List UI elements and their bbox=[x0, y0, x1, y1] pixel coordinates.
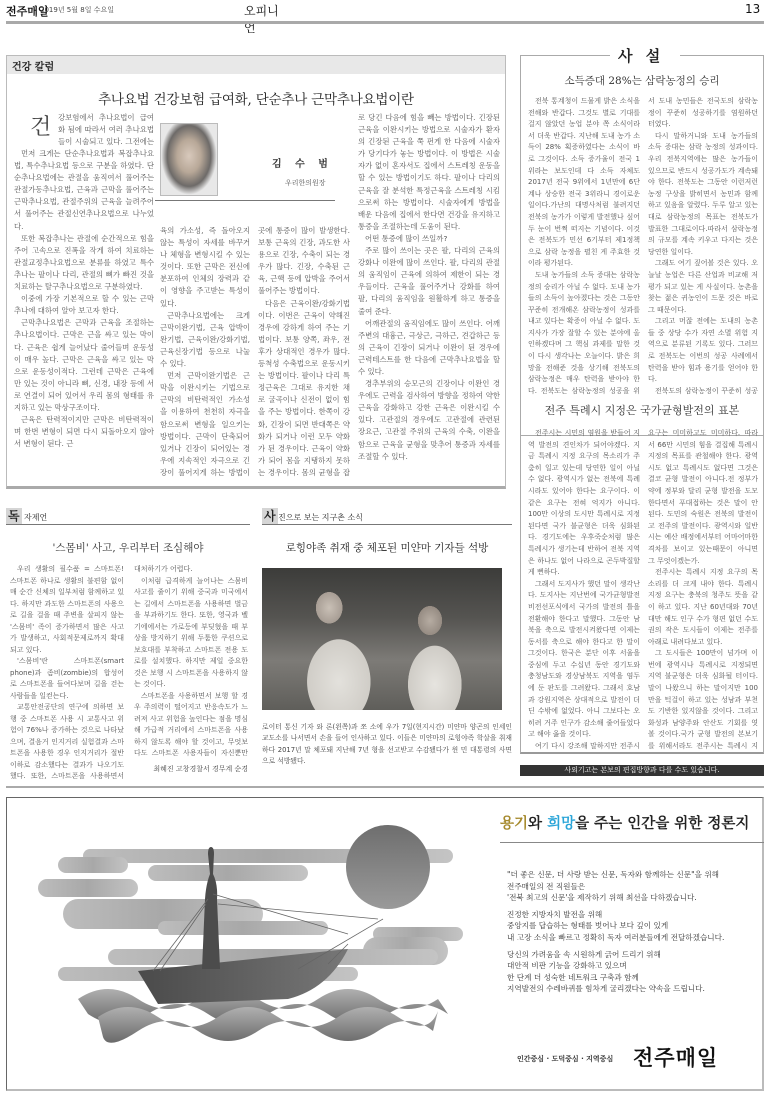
reader-column-rule bbox=[6, 524, 250, 525]
world-news-label: 진으로 보는 지구촌 소식 bbox=[278, 512, 363, 523]
ad-line: 지역발전의 수레바퀴를 힘차게 굴리겠다는 약속을 드립니다. bbox=[507, 984, 705, 993]
health-col1: 먼저 크게는 단순추나요법과 복잡추나요법, 특수추나요법 등으로 구분을 하였… bbox=[14, 112, 154, 482]
reader-col2: 대처하기가 어렵다. 이처럼 급격하게 늘어나는 스몸비 사고를 줄이기 위해 … bbox=[134, 564, 248, 759]
author-name: 김 수 범 bbox=[272, 155, 333, 170]
reader-column-title: '스몸비' 사고, 우리부터 조심해야 bbox=[6, 540, 250, 555]
health-col3-p1: 곳에 통증이 많이 발생한다. 보통 근육의 긴장, 과도한 사용으로 긴장, … bbox=[258, 225, 350, 298]
world-news-rule bbox=[262, 524, 512, 525]
author-rule bbox=[155, 200, 335, 201]
masthead-date: 2019년 5월 8일 수요일 bbox=[40, 5, 114, 15]
editorial1-col2: 서 도내 농민들은 전국도의 삼락농정이 꾸준히 성공하기를 염원하던 터였다.… bbox=[648, 96, 758, 396]
health-col1-p4: 이중에 가장 기본적으로 할 수 있는 근막추나에 대하여 알아 보고자 한다. bbox=[14, 293, 154, 317]
world-news-photo bbox=[262, 568, 502, 710]
author-title: 우리한의원장 bbox=[285, 178, 326, 188]
world-news-label-cap: 사 bbox=[262, 508, 278, 524]
editorial2-col2-p3: 그 도시들은 100만이 넘가며 이번에 광역시나 특례시로 지정되면 지역 불… bbox=[648, 648, 758, 750]
reader-column-label: 자제언 bbox=[24, 512, 47, 523]
reader-col1-p1: 우리 생활의 필수품 = 스마트폰! 스마트폰 하나로 생활의 불편함 없이 매… bbox=[10, 564, 124, 656]
reader-col1-p2: '스몸비'란 스마트폰(smart phone)과 좀비(zombie)의 합성… bbox=[10, 656, 124, 702]
health-col3: 곳에 통증이 많이 발생한다. 보통 근육의 긴장, 과도한 사용으로 긴장, … bbox=[258, 225, 350, 480]
masthead-section: 오피니언 bbox=[244, 2, 284, 36]
reader-col1: 우리 생활의 필수품 = 스마트폰! 스마트폰 하나로 생활의 불편함 없이 매… bbox=[10, 564, 124, 779]
health-col4-p3: 주로 많이 쓰이는 곳은 팔, 다리의 근육의 강화나 이완에 많이 쓰인다. … bbox=[358, 245, 500, 318]
editorial-title-1: 소득증대 28%는 삼락농정의 승리 bbox=[520, 73, 764, 88]
editorial1-col1-p1: 전북 통계청이 드물게 밝은 소식을 전해와 반갑다. 그것도 별로 기대를 걸… bbox=[528, 96, 640, 270]
ad-slogan: 인간중심 · 도덕중심 · 지역중심 bbox=[517, 1054, 613, 1064]
health-col4: 로 당긴 다음에 힘을 빼는 방법이다. 긴장된 근육을 이완시키는 방법으로 … bbox=[358, 112, 500, 480]
health-column-title: 추나요법 건강보험 급여화, 단순추나 근막추나요법이란 bbox=[6, 88, 506, 108]
editorial1-col1: 전북 통계청이 드물게 밝은 소식을 전해와 반갑다. 그것도 별로 기대를 걸… bbox=[528, 96, 640, 396]
ad-paragraph-3: 당신의 가려움을 속 시원하게 긁어 드리기 위해 대안적 비판 기능을 강화하… bbox=[507, 949, 769, 995]
editorial1-col1-p2: 도내 농가들의 소득 증대는 삼락농정의 승리가 아닐 수 없다. 도내 농가들… bbox=[528, 270, 640, 396]
reader-column-label-cap: 독 bbox=[6, 508, 22, 524]
ad-heading: 용기와 희망을 주는 인간을 위한 정론지 bbox=[500, 812, 749, 833]
reader-col2-p3: 스마트폰을 사용하면서 보행 할 경우 주의력이 떨어지고 반응속도가 느려져 … bbox=[134, 691, 248, 760]
editorial2-col1-p2: 그래서 도지사가 했던 말이 생각난다. 도지사는 지난번에 국가균형발전 비전… bbox=[528, 579, 640, 741]
world-news-caption: 로이터 통신 기자 와 론(왼쪽)과 쪼 소에 우가 7일(현지시간) 미얀마 … bbox=[262, 722, 512, 767]
ad-brand-logo: 전주매일 bbox=[633, 1042, 718, 1072]
editorial1-col2-p1: 서 도내 농민들은 전국도의 삼락농정이 꾸준히 성공하기를 염원하던 터였다. bbox=[648, 96, 758, 131]
ad-heading-hope: 희망 bbox=[547, 816, 575, 832]
ad-top-rule bbox=[6, 786, 764, 788]
ad-heading-rule bbox=[500, 842, 764, 843]
editorial2-col1-p3: 여기 다시 강조해 말하지만 전주시와 전주시민의 특례시 지정 bbox=[528, 741, 640, 750]
ad-line: 중앙지를 답습하는 형태를 벗어나 보다 깊이 있게 bbox=[507, 921, 668, 930]
health-col4-p1: 로 당긴 다음에 힘을 빼는 방법이다. 긴장된 근육을 이완시키는 방법으로 … bbox=[358, 112, 500, 233]
health-col1-p6: 근육은 탄력적이지만 근막은 비탄력적이며 한번 변형이 되면 다시 되돌아오지… bbox=[14, 414, 154, 450]
author-photo bbox=[160, 123, 218, 196]
ad-line: 진정한 지방자치 발전을 위해 bbox=[507, 910, 602, 919]
health-col1-p2: 먼저 크게는 단순추나요법과 복잡추나요법, 특수추나요법 등으로 구분을 하였… bbox=[14, 148, 154, 233]
ad-line: 내 고장 소식을 빠르고 정확히 독자 여러분들에게 전달하겠습니다. bbox=[507, 933, 724, 942]
health-col1-p5: 근막추나요법은 근막과 근육을 조절하는 추나요법이다. 근막은 근을 싸고 있… bbox=[14, 317, 154, 414]
editorial2-col1: 전주시는 시민의 염원을 받들어 지역 발전의 견인차가 되어야겠다. 지금 특… bbox=[528, 428, 640, 750]
editorial2-col2: 요구는 미미하고도 미미하다. 따라서 66만 시민의 힘을 결집해 특례시 지… bbox=[648, 428, 758, 750]
ad-heading-connector: 와 bbox=[528, 816, 547, 832]
health-col4-p4: 어깨관절의 움직임에도 많이 쓰인다. 어깨 주변의 대흉근, 극상근, 극하근… bbox=[358, 318, 500, 378]
ad-line: '전북 최고의 신문'을 제작하기 위해 최선을 다하겠습니다. bbox=[507, 893, 697, 902]
ad-paragraph-2: 진정한 지방자치 발전을 위해 중앙지를 답습하는 형태를 벗어나 보다 깊이 … bbox=[507, 909, 769, 944]
health-col4-p5: 경추부위의 승모근의 긴장이나 이완인 경우에도 근력을 검사하여 방향을 정하… bbox=[358, 378, 500, 463]
editorial-title-2: 전주 특례시 지정은 국가균형발전의 표본 bbox=[520, 402, 764, 418]
masthead-rule bbox=[6, 21, 764, 24]
health-col2-p3: 먼저 근막이완기법은 근막을 이완시키는 기법으로 근막의 비탄력적인 가소성을… bbox=[160, 370, 250, 480]
ad-body: "더 좋은 신문, 더 사랑 받는 신문, 독자와 함께하는 신문"을 위해 전… bbox=[507, 869, 769, 1000]
health-column-label-bar bbox=[7, 56, 505, 74]
masthead-page-number: 13 bbox=[745, 2, 760, 16]
world-news-title: 로힝야족 취재 중 체포된 미얀마 기자들 석방 bbox=[262, 540, 512, 555]
health-column-label: 건강 칼럼 bbox=[12, 58, 54, 73]
ad-line: 전주매일의 전 직원들은 bbox=[507, 882, 585, 891]
health-col2: 육의 가소성, 즉 돌아오지 않는 특성이 자세를 바꾸거나 체형을 변형시킬 … bbox=[160, 225, 250, 480]
health-col3-p2: 다음은 근육이완/강화기법이다. 이번은 근육이 약해진 경우에 강하게 하여 … bbox=[258, 298, 350, 480]
ad-paragraph-1: "더 좋은 신문, 더 사랑 받는 신문, 독자와 함께하는 신문"을 위해 전… bbox=[507, 869, 769, 904]
ad-heading-rest: 을 주는 인간을 위한 정론지 bbox=[575, 816, 749, 832]
reader-col2-p1: 대처하기가 어렵다. bbox=[134, 564, 248, 576]
sun-shape bbox=[346, 825, 430, 909]
reader-col1-p3: 교통안전공단의 연구에 의하면 보행 중 스마트폰 사용 시 교통사고 위험이 … bbox=[10, 702, 124, 779]
editorial1-col2-p5: 전북도의 삼락농정이 꾸준히 성공가도를 달리려면 본래의 목표를 향해 더욱 … bbox=[648, 386, 758, 396]
ad-line: 한 단계 더 성숙한 네트워크 구축과 함께 bbox=[507, 973, 639, 982]
health-col1-p3: 또한 복잡추나는 관절에 순간적으로 힘을 주어 고속으로 진폭을 작게 하여 … bbox=[14, 233, 154, 293]
reader-col2-p2: 이처럼 급격하게 늘어나는 스몸비 사고를 줄이기 위해 중국과 미국에서는 길… bbox=[134, 576, 248, 691]
health-col4-p2: 어떤 통증에 많이 쓰일까? bbox=[358, 233, 500, 245]
health-col2-p2: 근막추나요법에는 크게 근막이완기법, 근육 압박이완기법, 근육이완/강화기법… bbox=[160, 310, 250, 370]
ship-illustration bbox=[8, 799, 463, 1089]
editorial1-col2-p2: 다시 말하거니와 도내 농가들의 소득 증대는 삼락 농정의 성과이다.우리 전… bbox=[648, 131, 758, 259]
ad-line: 당신의 가려움을 속 시원하게 긁어 드리기 위해 bbox=[507, 950, 661, 959]
editorial2-col2-p1: 요구는 미미하고도 미미하다. 따라서 66만 시민의 힘을 결집해 특례시 지… bbox=[648, 428, 758, 567]
editorial-disclaimer: 사외기고는 본보의 편집방향과 다를 수도 있습니다. bbox=[520, 765, 764, 776]
reader-byline: 최혜진 고창경찰서 경무계 순경 bbox=[134, 764, 248, 774]
editorial1-col2-p3: 그래도 여기 짚어볼 것은 있다. 오늘날 농업은 다른 산업과 비교해 저평가… bbox=[648, 258, 758, 316]
editorial1-col2-p4: 그리고 머잖 전에는 도내의 농촌들 중 상당 수가 자연 소멸 위험 지역으로… bbox=[648, 316, 758, 386]
ad-line: "더 좋은 신문, 더 사랑 받는 신문, 독자와 함께하는 신문"을 위해 bbox=[507, 870, 719, 879]
editorial2-col1-p1: 전주시는 시민의 염원을 받들어 지역 발전의 견인차가 되어야겠다. 지금 특… bbox=[528, 428, 640, 579]
editorial2-col2-p2: 전주시는 특례시 지정 요구의 목소리를 더 크게 내야 한다. 특례시 지정 … bbox=[648, 567, 758, 648]
ad-line: 대안적 비판 기능을 강화하고 있으며 bbox=[507, 961, 627, 970]
health-col2-p1: 육의 가소성, 즉 돌아오지 않는 특성이 자세를 바꾸거나 체형을 변형시킬 … bbox=[160, 225, 250, 310]
ad-heading-courage: 용기 bbox=[500, 816, 528, 832]
